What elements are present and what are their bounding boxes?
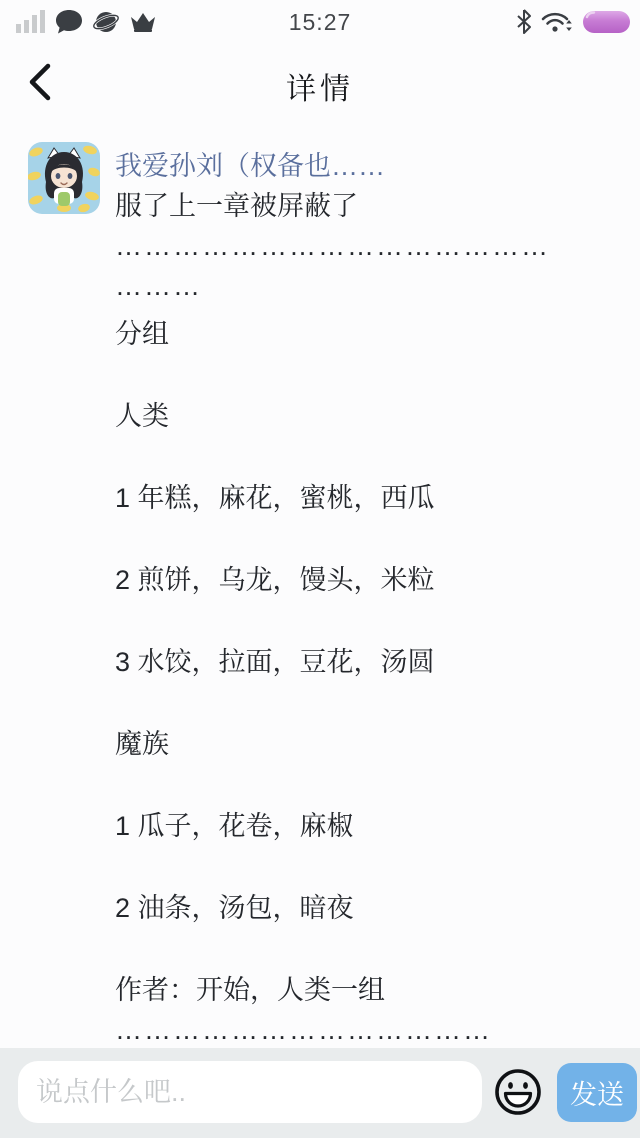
post-content: 我爱孙刘（权备也…… 服了上一章被屏蔽了 ……………………………………… ………… xyxy=(115,146,602,1050)
status-bar: 15:27 xyxy=(0,0,640,44)
post-body-line: ……… xyxy=(115,266,602,306)
post-body-line: 人类 xyxy=(115,396,602,436)
bluetooth-icon xyxy=(516,9,532,40)
send-button[interactable]: 发送 xyxy=(557,1063,637,1122)
message-input[interactable] xyxy=(18,1061,482,1123)
post-body-line: 2 煎饼，乌龙，馒头，米粒 xyxy=(115,560,602,600)
smiley-face-icon[interactable] xyxy=(493,1067,543,1117)
composer-bar: 发送 xyxy=(0,1048,640,1138)
page-title: 详情 xyxy=(0,64,640,108)
post-body-line: 分组 xyxy=(115,314,602,354)
post-body-line: 2 油条，汤包，暗夜 xyxy=(115,888,602,928)
post-body-line: 服了上一章被屏蔽了 xyxy=(115,186,602,226)
post-body-line: 1 年糕，麻花，蜜桃，西瓜 xyxy=(115,478,602,518)
post-body-line: 魔族 xyxy=(115,724,602,764)
post-body-line: 3 水饺，拉面，豆花，汤圆 xyxy=(115,642,602,682)
app-screen: 15:27 xyxy=(0,0,640,1138)
post-body-line: 作者：开始，人类一组 xyxy=(115,970,602,1010)
wifi-icon xyxy=(540,9,574,40)
post-body-line: ……………………………………… xyxy=(115,226,602,266)
battery-icon xyxy=(582,9,632,40)
post-username[interactable]: 我爱孙刘（权备也…… xyxy=(115,146,602,186)
header: 详情 xyxy=(0,52,640,112)
avatar[interactable] xyxy=(28,142,100,214)
post-body-line: ………………………………… xyxy=(115,1010,602,1050)
status-bar-right-icons xyxy=(516,9,632,40)
post-body-line: 1 瓜子，花卷，麻椒 xyxy=(115,806,602,846)
